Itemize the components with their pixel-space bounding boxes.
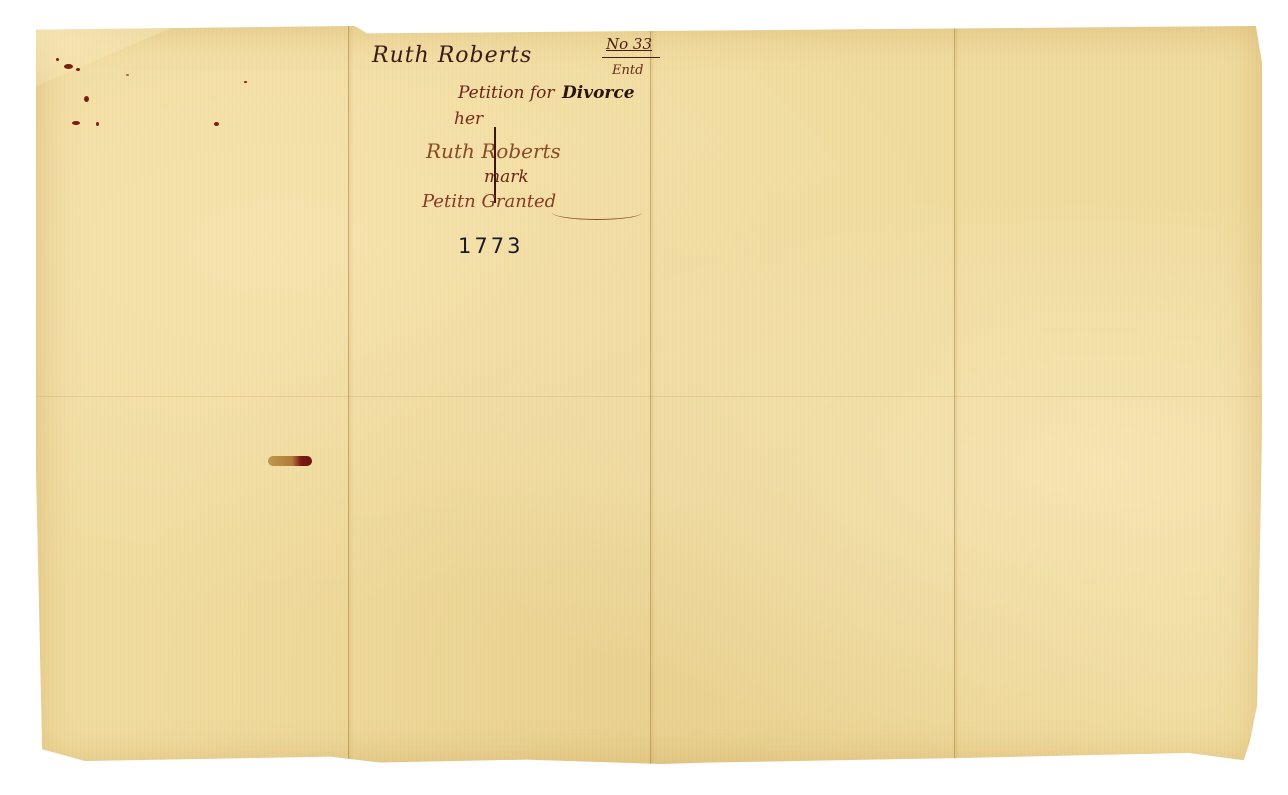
her-label: her <box>454 109 483 129</box>
outcome-text: Petitn Granted <box>422 191 556 212</box>
pen-flourish <box>552 205 642 220</box>
ink-stain <box>244 81 247 83</box>
ink-stain <box>56 58 59 61</box>
fold-panel-4 <box>954 26 1262 764</box>
ink-stain <box>96 122 99 126</box>
mark-label: mark <box>484 167 529 187</box>
ink-stain <box>76 68 80 71</box>
ink-stain <box>126 74 129 76</box>
ink-stain <box>214 122 219 126</box>
entered-note: Entd <box>612 63 643 78</box>
horizontal-fold-line <box>36 396 1262 397</box>
docket-name: Ruth Roberts <box>372 43 532 68</box>
ink-blot <box>268 456 312 466</box>
dog-eared-corner <box>36 26 176 86</box>
ink-stain <box>84 96 89 102</box>
number-underline <box>602 57 660 58</box>
ink-stain <box>64 64 73 69</box>
fold-panel-1 <box>36 26 349 764</box>
year-text: 1773 <box>458 234 523 258</box>
fold-panel-3 <box>650 26 955 764</box>
divorce-text: Divorce <box>562 83 635 103</box>
docket-number: No 33 <box>606 35 652 53</box>
manuscript-sheet: Ruth Roberts No 33 Entd Petition for Div… <box>36 26 1262 764</box>
docket-inscription: Ruth Roberts No 33 Entd Petition for Div… <box>366 31 666 271</box>
ink-stain <box>72 121 80 125</box>
petition-text: Petition for <box>458 83 555 103</box>
